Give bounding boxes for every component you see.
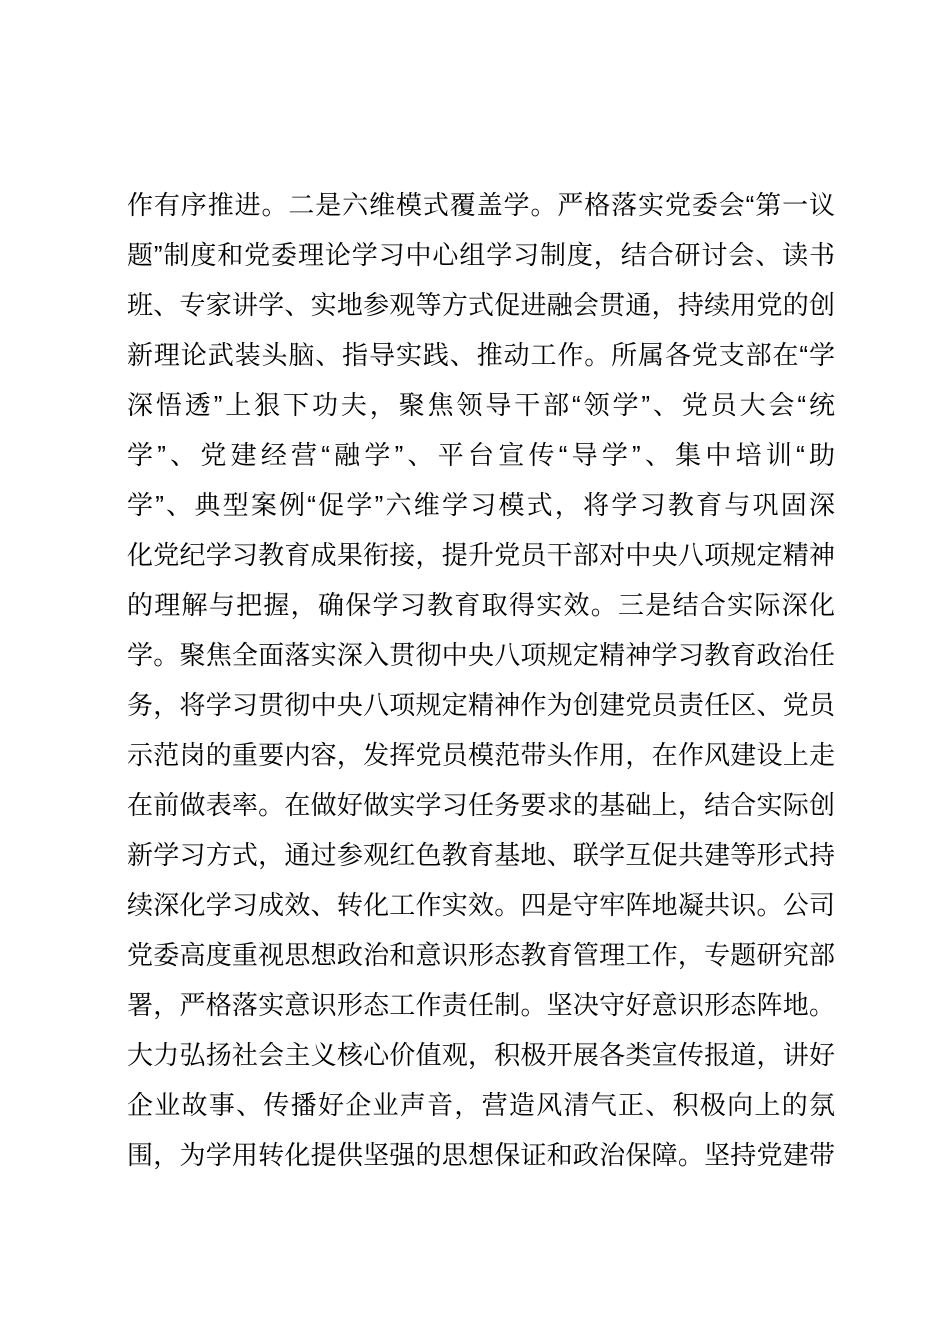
text-line: 学”、党建经营“融学”、平台宣传“导学”、集中培训“助 — [127, 430, 835, 480]
text-line: 务，将学习贯彻中央八项规定精神作为创建党员责任区、党员 — [127, 680, 835, 730]
text-line: 作有序推进。二是六维模式覆盖学。严格落实党委会“第一议 — [127, 180, 835, 230]
text-line: 续深化学习成效、转化工作实效。四是守牢阵地凝共识。公司 — [127, 880, 835, 930]
text-line: 企业故事、传播好企业声音，营造风清气正、积极向上的氛 — [127, 1080, 835, 1130]
document-page: 作有序推进。二是六维模式覆盖学。严格落实党委会“第一议 题”制度和党委理论学习中… — [0, 0, 950, 1344]
text-line: 新学习方式，通过参观红色教育基地、联学互促共建等形式持 — [127, 830, 835, 880]
text-line: 大力弘扬社会主义核心价值观，积极开展各类宣传报道，讲好 — [127, 1030, 835, 1080]
text-line: 示范岗的重要内容，发挥党员模范带头作用，在作风建设上走 — [127, 730, 835, 780]
text-line: 学”、典型案例“促学”六维学习模式，将学习教育与巩固深 — [127, 480, 835, 530]
text-line: 学。聚焦全面落实深入贯彻中央八项规定精神学习教育政治任 — [127, 630, 835, 680]
text-line: 班、专家讲学、实地参观等方式促进融会贯通，持续用党的创 — [127, 280, 835, 330]
text-line: 署，严格落实意识形态工作责任制。坚决守好意识形态阵地。 — [127, 980, 835, 1030]
text-line: 题”制度和党委理论学习中心组学习制度，结合研讨会、读书 — [127, 230, 835, 280]
text-line: 的理解与把握，确保学习教育取得实效。三是结合实际深化 — [127, 580, 835, 630]
text-line: 新理论武装头脑、指导实践、推动工作。所属各党支部在“学 — [127, 330, 835, 380]
text-line: 在前做表率。在做好做实学习任务要求的基础上，结合实际创 — [127, 780, 835, 830]
text-line: 深悟透”上狠下功夫，聚焦领导干部“领学”、党员大会“统 — [127, 380, 835, 430]
text-line: 化党纪学习教育成果衔接，提升党员干部对中央八项规定精神 — [127, 530, 835, 580]
text-line: 党委高度重视思想政治和意识形态教育管理工作，专题研究部 — [127, 930, 835, 980]
text-line: 围，为学用转化提供坚强的思想保证和政治保障。坚持党建带 — [127, 1130, 835, 1180]
paragraph-block: 作有序推进。二是六维模式覆盖学。严格落实党委会“第一议 题”制度和党委理论学习中… — [127, 180, 835, 1180]
